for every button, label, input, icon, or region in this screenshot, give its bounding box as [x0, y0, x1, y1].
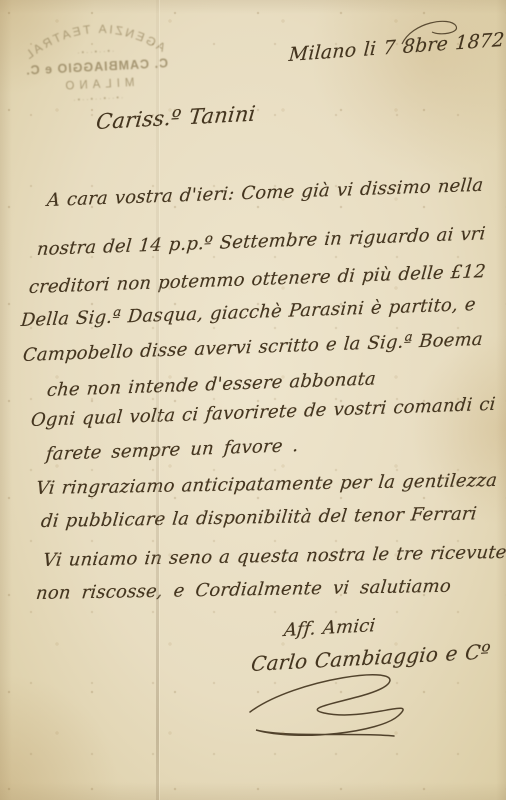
stamp-name-text: C. CAMBIAGGIO e C. — [25, 56, 169, 77]
letter-line: farete sempre un favore . — [45, 435, 299, 465]
letter-line: creditori non potemmo ottenere di più de… — [28, 261, 487, 298]
letter-line: Campobello disse avervi scritto e la Sig… — [22, 329, 484, 366]
date-line: Milano li 7 8bre 1872 — [288, 29, 505, 66]
letter-line: nostra del 14 p.p.º Settembre in riguard… — [36, 223, 486, 260]
letter-line: Ogni qual volta ci favorirete de vostri … — [30, 394, 496, 431]
embossed-stamp: AGENZIA TEATRALE · • · · • · · • · C. CA… — [9, 0, 182, 112]
letter-line: Vi uniamo in seno a questa nostra le tre… — [42, 542, 506, 571]
letter-line: A cara vostra d'ieri: Come già vi dissim… — [46, 175, 484, 211]
valediction: Aff. Amici — [283, 615, 377, 641]
signature: Carlo Cambiaggio e Cº — [250, 639, 492, 676]
stamp-city-text: MILANO — [60, 77, 135, 93]
letter-line: che non intende d'essere abbonata — [46, 368, 377, 401]
letter-line: non riscosse, e Cordialmente vi salutiam… — [35, 576, 452, 604]
letter-line: Della Sig.ª Dasqua, giacchè Parasini è p… — [20, 294, 477, 331]
letter-line: Vi ringraziamo anticipatamente per la ge… — [35, 470, 498, 499]
signature-flourish — [238, 672, 433, 748]
date-flourish — [398, 18, 468, 52]
stamp-small-line-upper: · • · · • · · • · — [77, 48, 114, 57]
letter-page: AGENZIA TEATRALE · • · · • · · • · C. CA… — [0, 0, 506, 800]
letter-line: di pubblicare la disponibilità del tenor… — [40, 503, 478, 532]
embossed-stamp-graphic: AGENZIA TEATRALE · • · · • · · • · C. CA… — [9, 0, 182, 112]
stamp-small-line-lower: · • · · • · · • · · • · — [73, 95, 123, 105]
